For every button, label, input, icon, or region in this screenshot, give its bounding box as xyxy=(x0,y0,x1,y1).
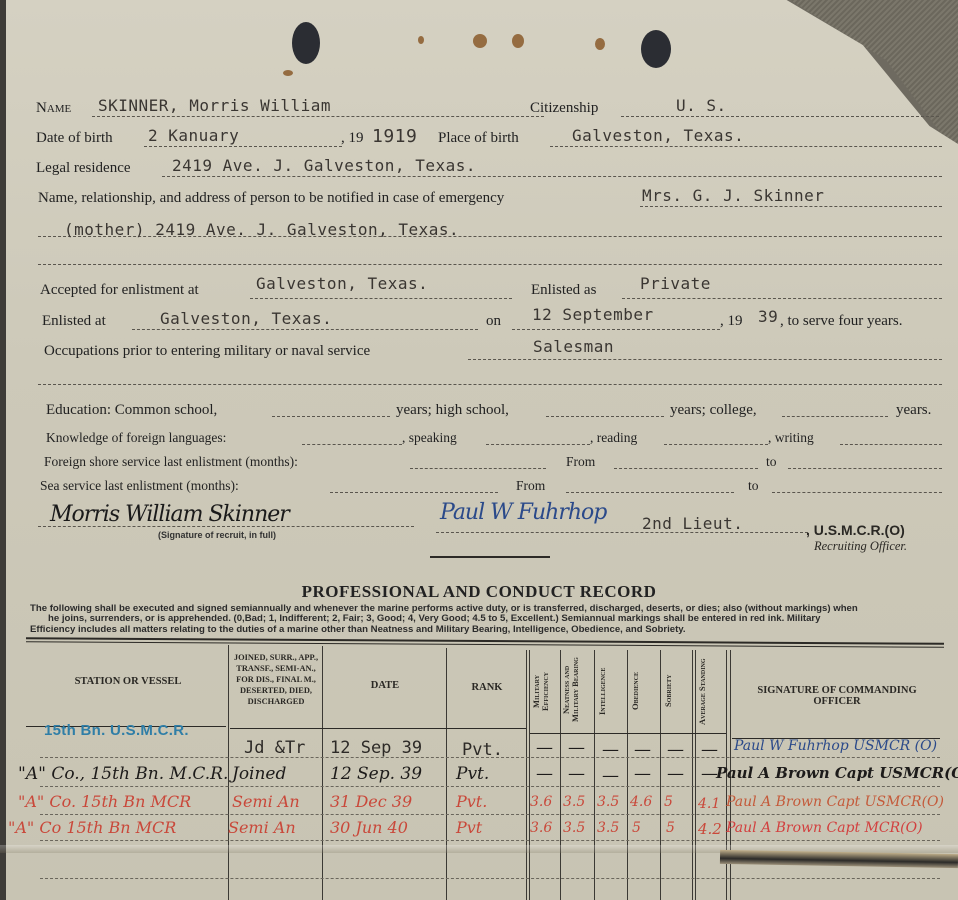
row-signature: Paul W Fuhrhop USMCR (O) xyxy=(734,738,937,754)
officer-signature-line xyxy=(436,532,808,533)
row-rank: Pvt. xyxy=(456,792,487,811)
dotted-line xyxy=(840,444,942,445)
education-label: Education: Common school, xyxy=(46,402,217,419)
punch-hole-left xyxy=(292,22,320,64)
emergency-address: (mother) 2419 Ave. J. Galveston, Texas. xyxy=(64,220,459,239)
emergency-row: Name, relationship, and address of perso… xyxy=(36,188,942,210)
row-ob: — xyxy=(634,764,651,784)
occupation-label: Occupations prior to entering military o… xyxy=(44,343,370,360)
header-neatness: Neatness and Military Bearing xyxy=(562,650,592,730)
record-title: PROFESSIONAL AND CONDUCT RECORD xyxy=(0,582,958,602)
occupation-value: Salesman xyxy=(533,337,614,356)
row-nb: — xyxy=(568,738,585,758)
header-joined: JOINED, SURR., APP., TRANSF., SEMI-AN., … xyxy=(230,652,322,707)
header-sobriety: Sobriety xyxy=(664,654,690,728)
row-station: "A" Co 15th Bn MCR xyxy=(8,818,176,837)
dob-year-value: 1919 xyxy=(372,126,417,147)
row-sob: — xyxy=(667,764,684,784)
header-date: DATE xyxy=(324,680,446,691)
pob-label: Place of birth xyxy=(438,130,519,147)
enlisted-at-row: Enlisted at Galveston, Texas. on 12 Sept… xyxy=(36,311,942,333)
row-station: "A" Co. 15th Bn MCR xyxy=(18,792,191,811)
foreign-service-label: Foreign shore service last enlistment (m… xyxy=(44,454,298,470)
officer-branch: , U.S.M.C.R.(O) xyxy=(806,522,905,538)
row-line xyxy=(40,814,940,815)
row-avg: 4.1 xyxy=(698,796,720,812)
dotted-line xyxy=(302,444,402,445)
row-date: 12 Sep. 39 xyxy=(330,764,422,784)
row-ob: 4.6 xyxy=(630,794,652,810)
dotted-line xyxy=(132,329,478,330)
officer-rank: 2nd Lieut. xyxy=(642,514,743,533)
row-int: 3.5 xyxy=(597,820,619,836)
row-station: "A" Co., 15th Bn. M.C.R. xyxy=(18,764,228,784)
row-date: 12 Sep 39 xyxy=(330,738,422,758)
rust-spot xyxy=(283,70,293,76)
blank-line xyxy=(36,370,942,392)
header-signature: SIGNATURE OF COMMANDING OFFICER xyxy=(734,685,940,707)
rust-spot xyxy=(418,36,424,44)
row-rank: Pvt. xyxy=(456,764,489,784)
row-nb: 3.5 xyxy=(563,794,585,810)
col-line xyxy=(526,650,527,900)
recruit-signature-caption: (Signature of recruit, in full) xyxy=(158,530,276,540)
on-value: 12 September xyxy=(532,305,654,324)
row-line xyxy=(40,840,940,841)
dotted-line xyxy=(250,298,512,299)
row-rank: Pvt. xyxy=(462,740,503,760)
row-ob: — xyxy=(634,740,651,760)
name-row: Name SKINNER, Morris William Citizenship… xyxy=(36,98,942,120)
years-high-school-label: years; high school, xyxy=(396,402,509,419)
row-action: Jd &Tr xyxy=(244,738,305,758)
record-note-2: he joins, surrenders, or is apprehended.… xyxy=(48,614,958,624)
accepted-label: Accepted for enlistment at xyxy=(40,282,199,299)
header-intelligence: Intelligence xyxy=(598,654,624,728)
header-rule xyxy=(530,733,726,734)
row-sob: — xyxy=(667,740,684,760)
name-value: SKINNER, Morris William xyxy=(98,96,331,115)
emergency-label: Name, relationship, and address of perso… xyxy=(38,190,504,207)
header-average-standing: Average Standing xyxy=(698,654,724,730)
dotted-line xyxy=(38,264,942,265)
record-note-3: Efficiency includes all matters relating… xyxy=(30,625,945,635)
header-obedience: Obedience xyxy=(631,654,657,728)
col-line xyxy=(627,650,628,900)
header-military-efficiency: Military Efficiency xyxy=(532,654,558,728)
row-date: 30 Jun 40 xyxy=(330,818,408,837)
rust-spot xyxy=(595,38,605,50)
row-action: Joined xyxy=(232,764,286,784)
serve-suffix: , to serve four years. xyxy=(780,313,902,330)
dotted-line xyxy=(621,116,939,117)
row-me: — xyxy=(536,738,553,758)
officer-caption: Recruiting Officer. xyxy=(814,539,907,554)
dotted-line xyxy=(788,468,942,469)
dotted-line xyxy=(772,492,942,493)
row-int: 3.5 xyxy=(597,794,619,810)
row-ob: 5 xyxy=(632,820,641,836)
foreign-service-row: Foreign shore service last enlistment (m… xyxy=(36,452,942,474)
row-nb: — xyxy=(568,764,585,784)
residence-label: Legal residence xyxy=(36,160,131,177)
sea-service-label: Sea service last enlistment (months): xyxy=(40,478,239,494)
header-rule xyxy=(230,728,526,729)
row-line xyxy=(40,786,940,787)
to-label: to xyxy=(748,478,759,494)
years-end-label: years. xyxy=(896,402,931,419)
languages-label: Knowledge of foreign languages: xyxy=(46,430,226,446)
reading-label: , reading xyxy=(590,430,637,446)
dotted-line xyxy=(782,416,888,417)
enlisted-as-value: Private xyxy=(640,274,711,293)
dotted-line xyxy=(330,492,498,493)
accepted-value: Galveston, Texas. xyxy=(256,274,428,293)
col-line xyxy=(660,650,661,900)
col-line xyxy=(692,650,693,900)
residence-row: Legal residence 2419 Ave. J. Galveston, … xyxy=(36,158,942,180)
languages-row: Knowledge of foreign languages: , speaki… xyxy=(36,428,942,450)
education-row: Education: Common school, years; high sc… xyxy=(36,400,942,422)
year-prefix: , 19 xyxy=(720,313,743,330)
dotted-line xyxy=(550,146,942,147)
row-avg: — xyxy=(701,740,718,760)
row-rank: Pvt xyxy=(456,818,482,837)
row-action: Semi An xyxy=(232,792,300,811)
years-college-label: years; college, xyxy=(670,402,757,419)
recruit-signature: Morris William Skinner xyxy=(50,502,289,527)
name-label: Name xyxy=(36,100,71,117)
dotted-line xyxy=(622,298,942,299)
dotted-line xyxy=(272,416,390,417)
row-signature: Paul A Brown Capt USMCR(O) xyxy=(716,764,958,782)
row-nb: 3.5 xyxy=(563,820,585,836)
dob-year-prefix: , 19 xyxy=(341,130,364,147)
dotted-line xyxy=(92,116,544,117)
residence-value: 2419 Ave. J. Galveston, Texas. xyxy=(172,156,476,175)
citizenship-label: Citizenship xyxy=(530,100,598,117)
occupation-row: Occupations prior to entering military o… xyxy=(36,341,942,363)
dotted-line xyxy=(614,468,758,469)
dotted-line xyxy=(640,206,942,207)
citizenship-value: U. S. xyxy=(676,96,727,115)
rust-spot xyxy=(512,34,524,48)
from-label: From xyxy=(516,478,545,494)
to-label: to xyxy=(766,454,777,470)
divider xyxy=(430,556,550,558)
dotted-line xyxy=(512,329,720,330)
dotted-line xyxy=(468,359,942,360)
dotted-line xyxy=(486,444,590,445)
row-avg: 4.2 xyxy=(698,820,722,838)
row-int: — xyxy=(602,766,619,786)
accepted-row: Accepted for enlistment at Galveston, Te… xyxy=(36,280,942,302)
row-me: 3.6 xyxy=(530,820,552,836)
dotted-line xyxy=(566,492,734,493)
emergency-name: Mrs. G. J. Skinner xyxy=(642,186,824,205)
dotted-line xyxy=(38,384,942,385)
row-line xyxy=(40,878,940,879)
officer-signature: Paul W Fuhrhop xyxy=(440,500,606,525)
row-signature: Paul A Brown Capt MCR(O) xyxy=(726,820,923,836)
from-label: From xyxy=(566,454,595,470)
enlisted-as-label: Enlisted as xyxy=(531,282,596,299)
dotted-line xyxy=(546,416,664,417)
row-sob: 5 xyxy=(664,794,673,810)
writing-label: , writing xyxy=(768,430,814,446)
header-station: STATION OR VESSEL xyxy=(40,676,216,687)
enlisted-at-value: Galveston, Texas. xyxy=(160,309,332,328)
row-date: 31 Dec 39 xyxy=(330,792,412,811)
on-label: on xyxy=(486,313,501,330)
punch-hole-right xyxy=(641,30,671,68)
dob-value: 2 Kanuary xyxy=(148,126,239,145)
dotted-line xyxy=(144,146,342,147)
row-action: Semi An xyxy=(228,818,296,837)
sea-service-row: Sea service last enlistment (months): Fr… xyxy=(36,476,942,498)
dotted-line xyxy=(162,176,942,177)
col-line xyxy=(594,650,595,900)
header-rank: RANK xyxy=(448,682,526,693)
row-int: — xyxy=(602,740,619,760)
row-sob: 5 xyxy=(666,820,675,836)
speaking-label: , speaking xyxy=(402,430,457,446)
pob-value: Galveston, Texas. xyxy=(572,126,744,145)
unit-stamp: 15th Bn. U.S.M.C.R. xyxy=(44,722,189,739)
row-me: 3.6 xyxy=(530,794,552,810)
row-me: — xyxy=(536,764,553,784)
dob-label: Date of birth xyxy=(36,130,113,147)
emergency-row-2: (mother) 2419 Ave. J. Galveston, Texas. xyxy=(36,222,942,244)
row-signature: Paul A Brown Capt USMCR(O) xyxy=(726,794,944,810)
year-value: 39 xyxy=(758,307,778,326)
dob-row: Date of birth 2 Kanuary , 19 1919 Place … xyxy=(36,128,942,150)
dotted-line xyxy=(410,468,546,469)
blank-line xyxy=(36,250,942,272)
enlisted-at-label: Enlisted at xyxy=(42,313,106,330)
rust-spot xyxy=(473,34,487,48)
dotted-line xyxy=(664,444,768,445)
